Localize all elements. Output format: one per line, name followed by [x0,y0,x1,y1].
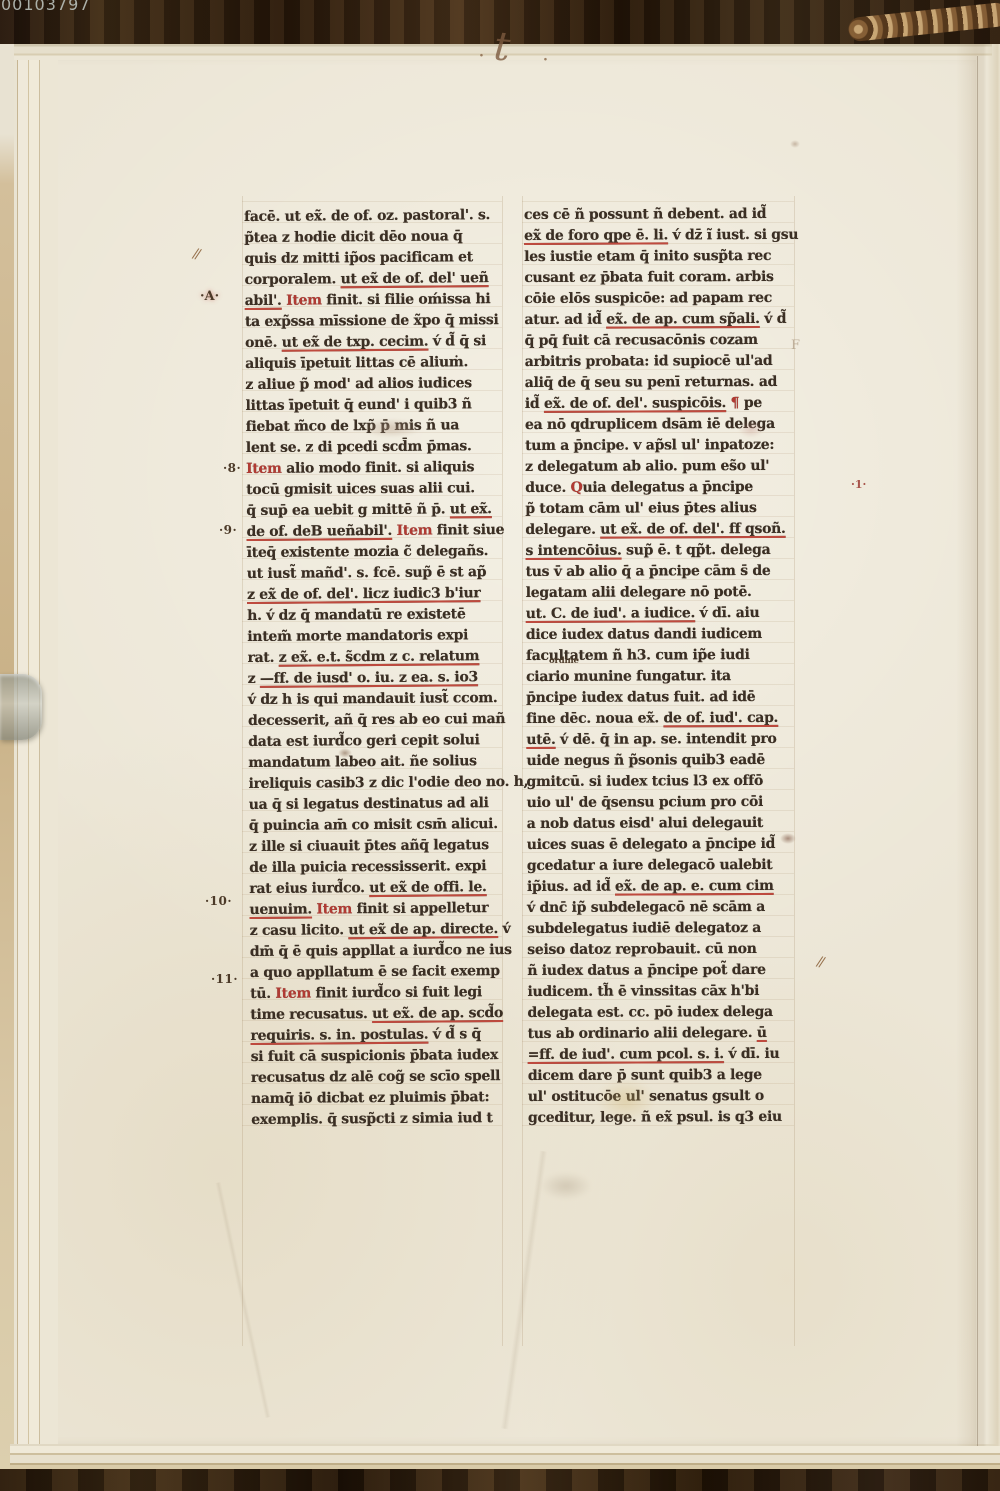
manuscript-line: tus v̄ ab alio q̄ a p̄ncipe cām s̄ de [526,561,796,583]
manuscript-line: delegata est. cc. pō iudex delega [527,1002,797,1024]
manuscript-line: tocū gmisit uices suas alii cui. [246,478,504,501]
body-text: duce. [525,480,570,496]
body-text: v́ dī. iu [724,1046,780,1062]
manuscript-line: q̄ sup̄ ea uebit g mittē ñ p̄. ut ex̃. [246,499,504,522]
manuscript-line: dicem dare p̄ sunt quib3 a lege [528,1065,798,1087]
body-text: finit iurd̃co si fuit legi [311,984,482,1001]
manuscript-line: littas īpetuit q̄ eund' i quib3 ñ [245,394,503,417]
margin-note: ·A· [200,289,219,304]
red-underlined-citation: uenuim. [249,902,311,918]
body-text: p̃tea z hodie dicit dēo noua q̄ [244,228,462,246]
manuscript-line: legatam alii delegare nō potē. [526,582,796,604]
manuscript-line: =ff. de iud'. cum pcol. s. i. v́ dī. iu [528,1044,798,1066]
body-text: si fuit cā suspicionis p̄bata iudex [251,1047,498,1065]
body-text: rat eius iurd̃co. [249,880,369,897]
manuscript-line: z —ff. de iusd' o. iu. z ea. s. io3 [248,667,506,690]
manuscript-line: duce. Quia delegatus a p̄ncipe [525,477,795,499]
body-text: time recusatus. [250,1006,372,1023]
manuscript-line: recusatus dz alē cog̃ se scīo spell [251,1066,509,1089]
body-text: seiso datoz reprobauit. cū non [527,941,756,958]
body-text: aliquis īpetuit littas cē aliuṁ. [245,354,468,372]
body-text: tum a p̄ncipe. v ap̃sl ul' inpatoze: [525,437,774,454]
manuscript-line: de illa puicia recessisserit. expi [249,856,507,879]
body-text: v́ dz h is qui mandauit iust̃ ccom. [248,690,498,708]
margin-note: · [479,48,484,64]
manuscript-line: aliq̄ de q̄ seu su penī returnas. ad [525,372,795,394]
body-text: v́ d̃ [760,311,787,327]
body-text: q̄ puincia am̄ co misit csm̄ alicui. [249,816,498,834]
red-underlined-citation: ut ex̃. de of. del'. ff qsoñ. [600,521,785,538]
manuscript-line: fiebat m̃co de lxp̃ p̄ mis ñ ua [246,415,504,438]
red-underlined-citation: —ff. de iusd' o. iu. z ea. s. io3 [260,669,478,687]
body-text: atur. ad id̃ [524,312,606,328]
margin-note: ·10· [205,894,232,908]
margin-note: ordine [549,656,579,666]
manuscript-line: si fuit cā suspicionis p̄bata iudex [251,1045,509,1068]
red-underlined-citation: z ex̃ de of. del'. licz iudic3 b'iur [247,585,480,603]
red-underlined-citation: requiris. s. in. postulas. [250,1027,428,1044]
body-text: z ille si ciuauit p̄tes añq̄ legatus [249,837,489,855]
red-underlined-citation: ut ex̃ de offi. le. [369,879,486,896]
body-text: gceditur, lege. ñ ex̃ psul. is q3 eiu [528,1109,782,1126]
manuscript-line: abil'. Item finit. si filie oḿissa hi [245,289,503,312]
body-text: fine dēc. noua ex̃. [526,710,663,727]
manuscript-line: ut. C. de iud'. a iudice. v́ dī. aiu [526,603,796,625]
margin-note: ·9· [219,523,237,537]
red-underlined-citation: ut ex̃. [450,501,492,517]
manuscript-line: uenuim. Item finit si appelletur [249,898,507,921]
manuscript-line: aliquis īpetuit littas cē aliuṁ. [245,352,503,375]
manuscript-line: gceditur, lege. ñ ex̃ psul. is q3 eiu [528,1107,798,1129]
body-text: uio ul' de q̄sensu pcium pro cōi [527,794,763,811]
body-text: p̃ totam cām ul' eius p̄tes alius [525,500,756,517]
body-text: iudicem. th̃ ē vinssitas cāx h'bi [527,983,759,1000]
body-text: tus ab ordinario alii delegare. [528,1025,757,1042]
manuscript-line: z delegatum ab alio. pum es̃o ul' [525,456,795,478]
manuscript-line: delegare. ut ex̃. de of. del'. ff qsoñ. [525,519,795,541]
body-text: id̃ [525,396,544,412]
body-text: exemplis. q̄ susp̃cti z simia iud t [251,1110,493,1128]
body-text: ut iust̃ mañd'. s. fcē. sup̃ ē st ap̃ [247,564,486,582]
body-text: intem̃ morte mandatoris expi [247,627,468,645]
manuscript-line: ñ iudex datus a p̄ncipe pot̃ dare [527,960,797,982]
manuscript-line: requiris. s. in. postulas. v́ d̃ s q̄ [250,1024,508,1047]
body-text: les iustie etam q̄ inito susp̃ta rec [524,248,771,265]
body-text: dicem dare p̄ sunt quib3 a lege [528,1067,762,1084]
body-text: fiebat m̃co de lxp̃ p̄ mis ñ ua [246,417,459,435]
manuscript-line: les iustie etam q̄ inito susp̃ta rec [524,246,794,268]
body-text: ces cē ñ possunt ñ debent. ad id̃ [524,206,766,223]
red-underlined-citation: de of. deB ueñabil'. [246,523,392,540]
manuscript-line: de of. deB ueñabil'. Item finit siue [246,520,504,543]
body-text: cōie elōs suspicōe: ad papam rec [524,290,772,307]
body-text: corporalem. [245,271,341,288]
manuscript-photo: 00103797 facē. ut ex̃. de of. oz. pastor… [0,0,1000,1491]
manuscript-line: ex̃ de foro qpe ē. li. v́ dz̄ ĩ iust. si… [524,225,794,247]
red-underlined-citation: ex̃. de ap. cum sp̃ali. [606,311,760,328]
manuscript-line: h. v́ dz q̄ mandatū re existetē [247,604,505,627]
column-guide-line [522,196,523,1346]
body-text: uide negus ñ p̃sonis quib3 eadē [526,752,765,769]
page-bottom-edge [10,1444,1000,1470]
manuscript-line: p̃ totam cām ul' eius p̄tes alius [525,498,795,520]
body-text: pe [739,395,762,411]
body-text: finit siue [432,522,504,539]
rubricated-text: Item [397,523,433,539]
body-text: z casu licito. [250,922,349,939]
manuscript-line: decesserit, añ q̄ res ab eo cui mañ [248,709,506,732]
body-text: finit si appelletur [352,900,488,917]
manuscript-line: onē. ut ex̃ de txp. cecim. v́ d̃ q̄ si [245,331,503,354]
body-text: quis dz mitti ip̃os pacificam et [244,249,473,267]
manuscript-line: intem̃ morte mandatoris expi [247,625,505,648]
red-underlined-citation: ut ex̃ de ap. directe. [348,921,498,938]
margin-note: ·8· [223,461,241,475]
body-text: ñ iudex datus a p̄ncipe pot̃ dare [527,962,765,979]
body-text: tocū gmisit uices suas alii cui. [246,480,475,498]
manuscript-line: atur. ad id̃ ex̃. de ap. cum sp̃ali. v́ … [524,309,794,331]
body-text: sup̃ ē. t qp̃t. delega [622,542,771,559]
manuscript-line: uide negus ñ p̃sonis quib3 eadē [526,750,796,772]
body-text: q̄ sup̄ ea uebit g mittē ñ p̄. [246,501,450,519]
manuscript-line: exemplis. q̄ susp̃cti z simia iud t [251,1108,509,1131]
body-text: v́ dī. aiu [695,605,759,621]
manuscript-line: dm̄ q̄ ē quis appllat a iurd̃co ne ius [250,940,508,963]
body-text: a quo appllatum ē se facit exemp [250,963,500,981]
manuscript-line: ua q̄ si legatus destinatus ad ali [249,793,507,816]
body-text: z delegatum ab alio. pum es̃o ul' [525,458,769,475]
red-underlined-citation: ex̃ de foro qpe ē. li. [524,227,668,244]
manuscript-line: z ille si ciuauit p̄tes añq̄ legatus [249,835,507,858]
body-text: v́ dz̄ ĩ iust. si gsu [668,227,798,244]
body-text: lent se. z di pcedi scd̄m p̄mas. [246,438,472,456]
red-underlined-citation: z ex̃. e.t. s̃cdm z c. relatum [279,648,480,666]
manuscript-line: p̄ncipe iudex datus fuit. ad idē [526,687,796,709]
body-text: tus v̄ ab alio q̄ a p̄ncipe cām s̄ de [526,563,771,580]
manuscript-line: namq̄ iō dicbat ez pluimis p̄bat: [251,1087,509,1110]
manuscript-line: uio ul' de q̄sensu pcium pro cōi [527,792,797,814]
manuscript-line: z aliue p̃ mod' ad alios iudices [245,373,503,396]
rubricated-text: Item [316,901,352,917]
manuscript-line: tū. Item finit iurd̃co si fuit legi [250,982,508,1005]
manuscript-line: z casu licito. ut ex̃ de ap. directe. v́ [250,919,508,942]
body-text: littas īpetuit q̄ eund' i quib3 ñ [246,396,472,414]
body-text: z aliue p̃ mod' ad alios iudices [245,375,472,393]
manuscript-line: uices suas ē delegato a p̄ncipe id̃ [527,834,797,856]
red-underlined-citation: ū [757,1025,767,1041]
manuscript-line: arbitris probata: id supiocē ul'ad [525,351,795,373]
body-text: mandatum labeo ait. ñe solius [248,753,476,771]
manuscript-line: v́ dz h is qui mandauit iust̃ ccom. [248,688,506,711]
body-text: a nob datus eisd' alui delegauit [527,815,763,832]
manuscript-line: v́ dnc̄ ip̃ subdelegacō nē scām a [527,897,797,919]
body-text: ua q̄ si legatus destinatus ad ali [249,795,489,813]
text-column-left: facē. ut ex̃. de of. oz. pastoral'. s.p̃… [244,205,509,1131]
red-underlined-citation: =ff. de iud'. cum pcol. s. i. [528,1046,724,1063]
shelfmark-label: 00103797 [1,0,90,14]
manuscript-line: fine dēc. noua ex̃. de of. iud'. cap. [526,708,796,730]
page-holder-clip [0,674,42,740]
body-text: v́ d̃ q̄ si [428,333,486,349]
body-text: uices suas ē delegato a p̄ncipe id̃ [527,836,775,853]
rubricated-text: Item [286,292,322,308]
rubricated-text: Q [571,480,583,496]
body-text: arbitris probata: id supiocē ul'ad [525,353,773,370]
red-underlined-citation: ex̃. de ap. e. cum cim [615,878,774,895]
body-text: īteq̄ existente mozia c̃ delegañs. [247,543,489,561]
manuscript-line: rat eius iurd̃co. ut ex̃ de offi. le. [249,877,507,900]
manuscript-line: q̄ puincia am̄ co misit csm̄ alicui. [249,814,507,837]
body-text: tū. [250,986,275,1002]
body-text: dice iudex datus dandi iudicem [526,626,762,643]
manuscript-line: ces cē ñ possunt ñ debent. ad id̃ [524,204,794,226]
red-underlined-citation: de of. iud'. cap. [663,710,778,727]
red-underlined-citation: ut ex̃ de of. del' ueñ [341,270,489,287]
margin-note: F [791,338,800,353]
manuscript-line: q̄ pq̄ fuit cā recusacōnis cozam [525,330,795,352]
body-text: dm̄ q̄ ē quis appllat a iurd̃co ne ius [250,942,512,960]
manuscript-line: ut iust̃ mañd'. s. fcē. sup̃ ē st ap̃ [247,562,505,585]
manuscript-line: facē. ut ex̃. de of. oz. pastoral'. s. [244,205,502,228]
body-text: v́ d̃ s q̄ [428,1026,481,1042]
text-column-right: ces cē ñ possunt ñ debent. ad id̃ex̃ de … [524,204,798,1129]
manuscript-line: gcedatur a iure delegacō ualebit [527,855,797,877]
column-guide-line [242,196,243,1346]
body-text: gcedatur a iure delegacō ualebit [527,857,773,874]
body-text: v́ dnc̄ ip̃ subdelegacō nē scām a [527,899,765,916]
margin-note: · [543,52,548,68]
body-text: p̄ncipe iudex datus fuit. ad idē [526,689,755,706]
body-text: subdelegatus iudiē delegatoz a [527,920,761,937]
manuscript-line: utē. v́ dē. q̄ in ap. se. intendit pro [526,729,796,751]
manuscript-line: rat. z ex̃. e.t. s̃cdm z c. relatum [247,646,505,669]
manuscript-line: ul' ostitucōe ul' senatus gsult o [528,1086,798,1108]
body-text: gmitcū. si iudex tcius l3 ex offō [526,773,763,790]
manuscript-line: id̃ ex̃. de of. del'. suspicōis. ¶ pe [525,393,795,415]
body-text: v́ dē. q̄ in ap. se. intendit pro [556,731,777,748]
manuscript-line: īteq̄ existente mozia c̃ delegañs. [247,541,505,564]
red-underlined-citation: ut ex̃ de txp. cecim. [282,334,429,351]
manuscript-line: dice iudex datus dandi iudicem [526,624,796,646]
manuscript-line: iudicem. th̃ ē vinssitas cāx h'bi [527,981,797,1003]
red-underlined-citation: ex̃. de of. del'. suspicōis. [544,395,726,412]
body-text: h. v́ dz q̄ mandatū re existetē [247,606,465,624]
body-text: q̄ pq̄ fuit cā recusacōnis cozam [525,332,758,349]
body-text: decesserit, añ q̄ res ab eo cui mañ [248,711,505,729]
manuscript-line: a quo appllatum ē se facit exemp [250,961,508,984]
manuscript-line: gmitcū. si iudex tcius l3 ex offō [526,771,796,793]
body-text: uia delegatus a p̄ncipe [582,479,753,496]
rubricated-text: Item [246,461,282,477]
body-text: finit. si filie oḿissa hi [322,291,491,308]
body-text: recusatus dz alē cog̃ se scīo spell [251,1068,500,1086]
manuscript-line: s intencōius. sup̃ ē. t qp̃t. delega [525,540,795,562]
body-text: data est iurd̃co geri cepit solui [248,732,480,750]
manuscript-line: ireliquis casib3 z dic l'odie deo no. h, [248,772,506,795]
red-underlined-citation: ut ex̃. de ap. scd̃o [372,1005,503,1022]
body-text: rat. [247,650,278,666]
body-text: legatam alii delegare nō potē. [526,584,752,601]
page-stack-edges [14,46,58,1466]
manuscript-line: quis dz mitti ip̃os pacificam et [244,247,502,270]
gutter-shadow [956,44,1000,1446]
manuscript-line: tum a p̄ncipe. v ap̃sl ul' inpatoze: [525,435,795,457]
body-text: de illa puicia recessisserit. expi [249,858,486,876]
rubricated-text: Item [275,986,311,1002]
body-text: delegare. [525,522,600,538]
manuscript-line: ta exp̃ssa mīssione de x̃po q̄ missi [245,310,503,333]
red-underlined-citation: ut. C. de iud'. a iudice. [526,605,695,622]
red-underlined-citation: s intencōius. [525,543,621,559]
manuscript-line: ip̃ius. ad id̃ ex̃. de ap. e. cum cim [527,876,797,898]
manuscript-line: cōie elōs suspicōe: ad papam rec [524,288,794,310]
gutter-fold-line [977,56,978,1446]
book-edge-left [0,44,14,1469]
manuscript-line: lent se. z di pcedi scd̄m p̄mas. [246,436,504,459]
manuscript-line: mandatum labeo ait. ñe solius [248,751,506,774]
body-text: aliq̄ de q̄ seu su penī returnas. ad [525,374,777,391]
manuscript-line: z ex̃ de of. del'. licz iudic3 b'iur [247,583,505,606]
manuscript-line: p̃tea z hodie dicit dēo noua q̄ [244,226,502,249]
margin-note: ·1· [851,478,866,491]
body-text: ireliquis casib3 z dic l'odie deo no. h, [248,774,528,792]
manuscript-line: ea nō qdruplicem dsām iē delega [525,414,795,436]
red-underlined-citation: utē. [526,732,555,748]
body-text: facē. ut ex̃. de of. oz. pastoral'. s. [244,207,490,225]
binding-edge-bottom [0,1469,1000,1491]
margin-note: ·11· [211,972,238,986]
manuscript-line: corporalem. ut ex̃ de of. del' ueñ [245,268,503,291]
body-text: v́ [498,921,511,937]
manuscript-line: seiso datoz reprobauit. cū non [527,939,797,961]
body-text: namq̄ iō dicbat ez pluimis p̄bat: [251,1089,489,1107]
red-underlined-citation: abil'. [245,293,282,309]
body-text: ea nō qdruplicem dsām iē delega [525,416,775,433]
body-text: ul' ostitucōe ul' senatus gsult o [528,1088,764,1105]
body-text: cusant ez p̄bata fuit coram. arbis [524,269,773,286]
manuscript-line: a nob datus eisd' alui delegauit [527,813,797,835]
manuscript-line: ciario munine fungatur. ita [526,666,796,688]
body-text: z [248,671,260,687]
manuscript-line: time recusatus. ut ex̃. de ap. scd̃o [250,1003,508,1026]
body-text: ciario munine fungatur. ita [526,668,731,685]
body-text: ta exp̃ssa mīssione de x̃po q̄ missi [245,312,499,330]
body-text: ip̃ius. ad id̃ [527,879,615,895]
manuscript-line: cusant ez p̄bata fuit coram. arbis [524,267,794,289]
body-text: alio modo finit. si aliquis [282,459,475,477]
manuscript-line: tus ab ordinario alii delegare. ū [528,1023,798,1045]
manuscript-line: subdelegatus iudiē delegatoz a [527,918,797,940]
manuscript-line: Item alio modo finit. si aliquis [246,457,504,480]
manuscript-line: data est iurd̃co geri cepit solui [248,730,506,753]
body-text: delegata est. cc. pō iudex delega [527,1004,772,1021]
body-text: onē. [245,335,282,351]
